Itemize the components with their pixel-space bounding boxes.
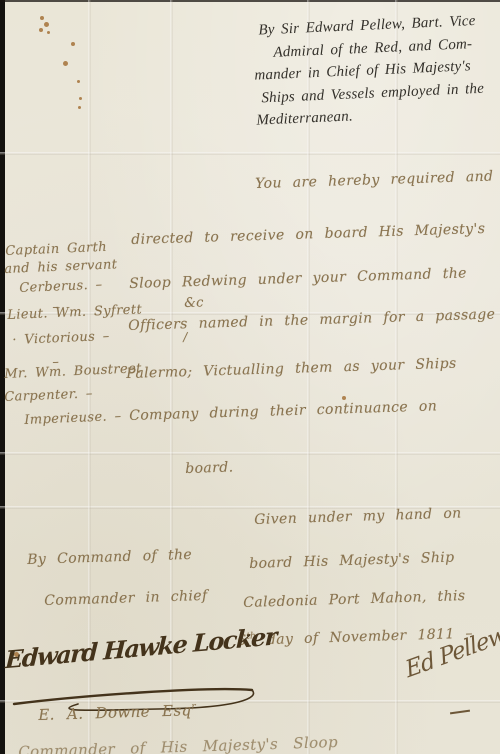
body-line: Palermo; Victualling them as your Ships [126, 356, 457, 382]
scan-edge-top [0, 0, 500, 2]
fold-crease [0, 452, 500, 455]
addressee-partial-line: Commander of His Majesty's Sloop [18, 733, 338, 754]
by-command-line: By Command of the [27, 547, 192, 568]
closing-line: board His Majesty's Ship [249, 550, 455, 572]
margin-note-line: Lieut. Wm. Syfrett [7, 302, 142, 323]
by-command-line: Commander in chief [44, 588, 208, 609]
closing-line: Caledonia Port Mahon, this [243, 588, 466, 611]
body-line: Sloop Redwing under your Command the [129, 265, 467, 292]
margin-note-line: · Victorious – [12, 329, 110, 348]
body-line: Company during their continuance on [129, 398, 437, 424]
body-line: board. [185, 459, 234, 477]
letter-scan: By Sir Edward Pellew, Bart. Vice Admiral… [0, 0, 500, 754]
foxing-spot [77, 80, 80, 83]
printed-letterhead: By Sir Edward Pellew, Bart. Vice Admiral… [246, 9, 500, 132]
fold-crease [0, 152, 500, 155]
margin-note-line: Captain Garth [5, 240, 107, 259]
signature-underline [450, 710, 470, 715]
margin-note-line: Mr. Wm. Boustreet [4, 361, 142, 382]
foxing-spot [78, 106, 81, 109]
body-line: You are hereby required and [255, 169, 494, 192]
margin-note-line: Carpenter. – [4, 386, 93, 405]
foxing-spot [40, 16, 44, 20]
foxing-spot [63, 61, 68, 66]
margin-note-line: Imperieuse. – [24, 409, 122, 428]
foxing-spot [342, 396, 346, 400]
foxing-spot [79, 97, 82, 100]
foxing-spot [71, 42, 75, 46]
addressee-name: E. A. Downe Esq [38, 701, 192, 724]
margin-note-line: and his servant [4, 257, 118, 277]
addressee-suffix: r [191, 702, 196, 712]
foxing-spot [47, 31, 50, 34]
foxing-spot [44, 22, 49, 27]
foxing-spot [39, 28, 43, 32]
interlineation: &c [184, 295, 204, 311]
